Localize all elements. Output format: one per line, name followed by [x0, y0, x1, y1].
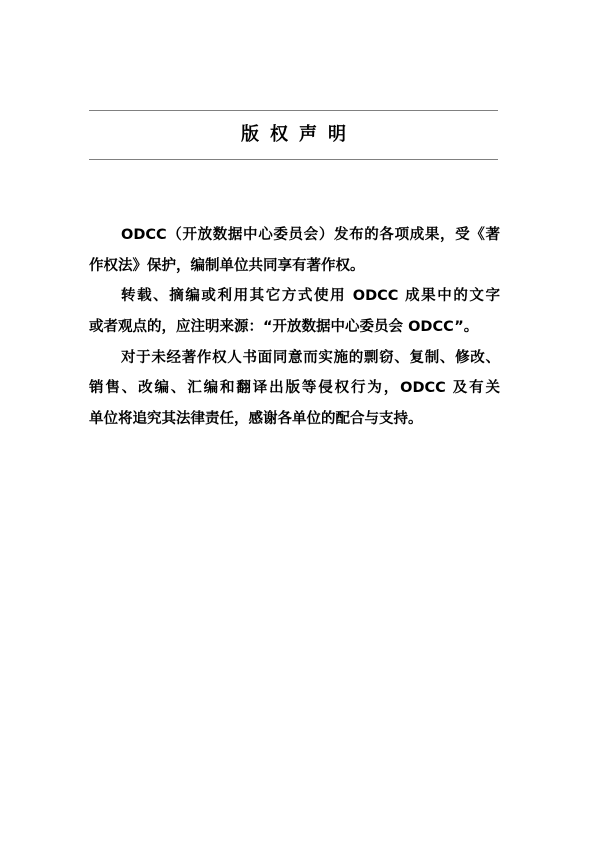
- paragraph-3-line-3: 单位将追究其法律责任，感谢各单位的配合与支持。: [89, 404, 500, 435]
- document-page: 版权声明 ODCC（开放数据中心委员会）发布的各项成果，受《著 作权法》保护，编…: [0, 0, 595, 841]
- copyright-statement-body: ODCC（开放数据中心委员会）发布的各项成果，受《著 作权法》保护，编制单位共同…: [89, 220, 500, 435]
- paragraph-3-line-2: 销售、改编、汇编和翻译出版等侵权行为，ODCC 及有关: [89, 373, 500, 404]
- paragraph-2-line-2: 或者观点的，应注明来源：“开放数据中心委员会 ODCC”。: [89, 312, 500, 343]
- paragraph-3-line-1: 对于未经著作权人书面同意而实施的剽窃、复制、修改、: [89, 343, 500, 374]
- paragraph-1-line-2: 作权法》保护，编制单位共同享有著作权。: [89, 251, 500, 282]
- title-top-rule: [89, 110, 498, 111]
- page-title: 版权声明: [89, 122, 498, 148]
- title-bottom-rule: [89, 159, 498, 160]
- paragraph-1-line-1: ODCC（开放数据中心委员会）发布的各项成果，受《著: [89, 220, 500, 251]
- paragraph-2-line-1: 转载、摘编或利用其它方式使用 ODCC 成果中的文字: [89, 281, 500, 312]
